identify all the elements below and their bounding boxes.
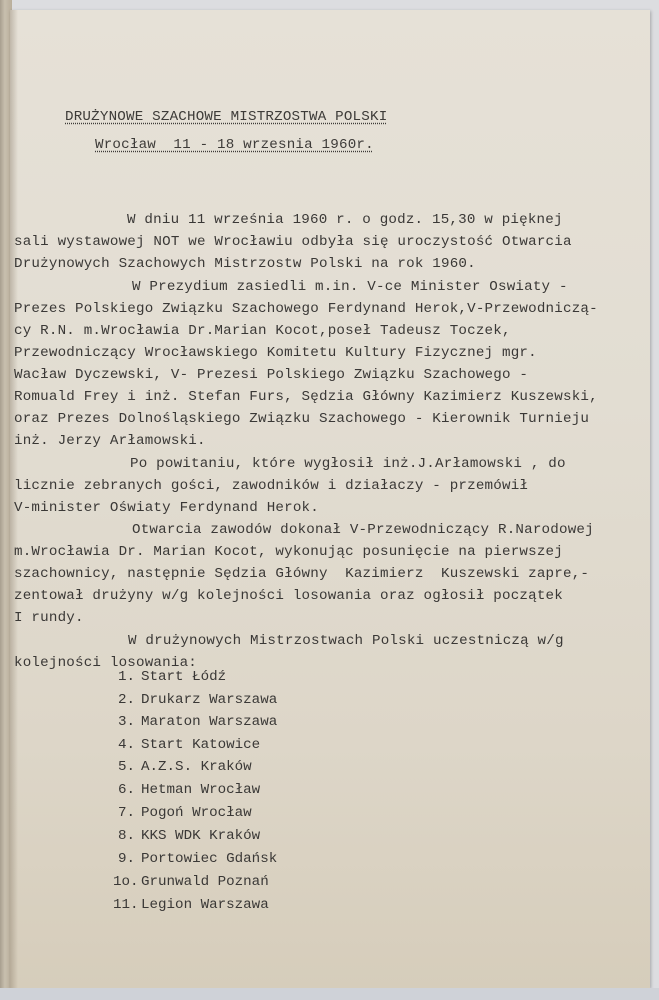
paragraph-4-line-1: Otwarcia zawodów dokonał V-Przewodnicząc… — [132, 521, 594, 539]
background-surface — [0, 988, 659, 1000]
team-name: KKS WDK Kraków — [141, 828, 260, 844]
paragraph-4-line-5: I rundy. — [14, 609, 84, 627]
paragraph-3-line-3: V-minister Oświaty Ferdynand Herok. — [14, 499, 319, 517]
paragraph-4-line-3: szachownicy, następnie Sędzia Główny Kaz… — [14, 565, 589, 583]
team-name: Drukarz Warszawa — [141, 692, 277, 708]
paragraph-2-line-7: oraz Prezes Dolnośląskiego Związku Szach… — [14, 410, 589, 428]
team-number: 7. — [113, 804, 135, 822]
paragraph-3-line-2: licznie zebranych gości, zawodników i dz… — [14, 477, 528, 495]
team-list-item: 5.A.Z.S. Kraków — [113, 758, 252, 776]
paragraph-2-line-8: inż. Jerzy Arłamowski. — [14, 432, 206, 450]
team-name: Portowiec Gdańsk — [141, 851, 277, 867]
team-list-item: 6.Hetman Wrocław — [113, 781, 260, 799]
team-list-item: 1.Start Łódź — [113, 668, 226, 686]
paragraph-2-line-6: Romuald Frey i inż. Stefan Furs, Sędzia … — [14, 388, 598, 406]
paragraph-2-line-2: Prezes Polskiego Związku Szachowego Ferd… — [14, 300, 598, 318]
team-name: Start Katowice — [141, 737, 260, 753]
team-list-item: 8.KKS WDK Kraków — [113, 827, 260, 845]
paragraph-5-line-1: W drużynowych Mistrzostwach Polski uczes… — [128, 632, 564, 650]
team-list-item: 11.Legion Warszawa — [113, 896, 269, 914]
team-name: Legion Warszawa — [141, 897, 269, 913]
paragraph-2-line-3: cy R.N. m.Wrocławia Dr.Marian Kocot,pose… — [14, 322, 511, 340]
paragraph-1-line-3: Drużynowych Szachowych Mistrzostw Polski… — [14, 255, 476, 273]
paragraph-1-line-1: W dniu 11 września 1960 r. o godz. 15,30… — [127, 211, 563, 229]
team-name: Grunwald Poznań — [141, 874, 269, 890]
team-list-item: 1o.Grunwald Poznań — [113, 873, 269, 891]
team-list-item: 9.Portowiec Gdańsk — [113, 850, 277, 868]
paragraph-1-line-2: sali wystawowej NOT we Wrocławiu odbyła … — [14, 233, 572, 251]
team-name: Start Łódź — [141, 669, 226, 685]
team-name: Maraton Warszawa — [141, 714, 277, 730]
team-name: Hetman Wrocław — [141, 782, 260, 798]
document-subtitle: Wrocław 11 - 18 wrzesnia 1960r. — [95, 136, 374, 154]
paragraph-3-line-1: Po powitaniu, które wygłosił inż.J.Arłam… — [130, 455, 566, 473]
team-name: A.Z.S. Kraków — [141, 759, 252, 775]
team-number: 2. — [113, 691, 135, 709]
team-number: 1. — [113, 668, 135, 686]
team-list-item: 3.Maraton Warszawa — [113, 713, 277, 731]
paragraph-4-line-2: m.Wrocławia Dr. Marian Kocot, wykonując … — [14, 543, 563, 561]
team-number: 9. — [113, 850, 135, 868]
team-number: 11. — [113, 896, 135, 914]
team-number: 6. — [113, 781, 135, 799]
team-list-item: 7.Pogoń Wrocław — [113, 804, 252, 822]
team-number: 4. — [113, 736, 135, 754]
paragraph-4-line-4: zentował drużyny w/g kolejności losowani… — [14, 587, 563, 605]
team-number: 1o. — [113, 873, 135, 891]
paragraph-2-line-4: Przewodniczący Wrocławskiego Komitetu Ku… — [14, 344, 537, 362]
team-number: 3. — [113, 713, 135, 731]
team-number: 5. — [113, 758, 135, 776]
team-number: 8. — [113, 827, 135, 845]
document-title: DRUŻYNOWE SZACHOWE MISTRZOSTWA POLSKI — [65, 108, 387, 126]
paragraph-2-line-1: W Prezydium zasiedli m.in. V-ce Minister… — [132, 278, 568, 296]
team-list-item: 2.Drukarz Warszawa — [113, 691, 277, 709]
team-name: Pogoń Wrocław — [141, 805, 252, 821]
paragraph-2-line-5: Wacław Dyczewski, V- Prezesi Polskiego Z… — [14, 366, 528, 384]
team-list-item: 4.Start Katowice — [113, 736, 260, 754]
